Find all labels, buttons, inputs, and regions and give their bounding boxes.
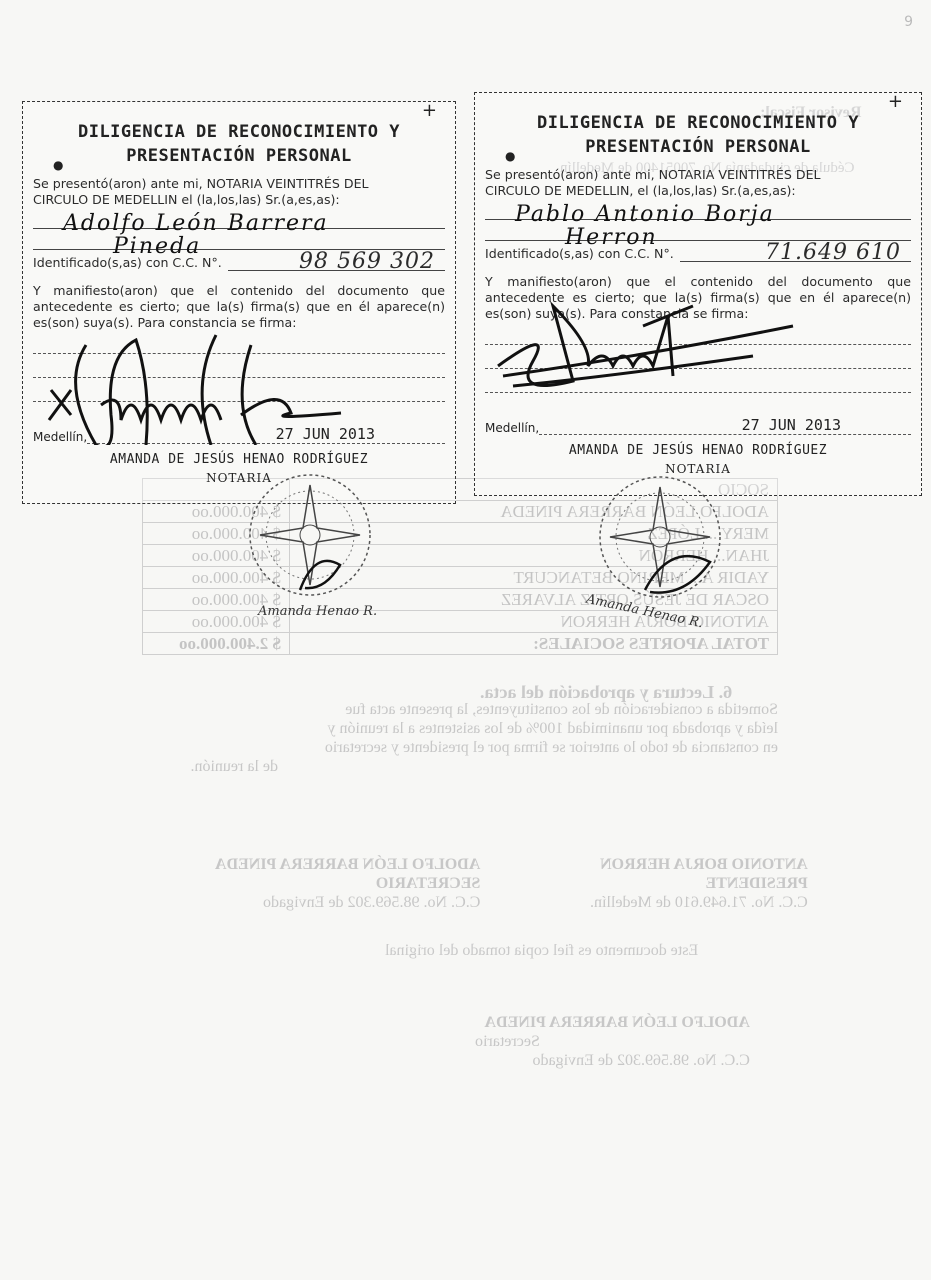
bleed-final-id: C.C. No. 98.569.302 de Envigado [475,1051,750,1070]
page-number-mark: 9 [904,14,913,30]
id-number: 71.649 610 [680,245,911,262]
bleed-secretary-name: ADOLFO LEÓN BARRERA PINEDA [215,855,480,874]
handwritten-name-2: Herron [565,230,658,246]
bleed-president-block: ANTONIO BORJA HERRON PRESIDENTE C.C. No.… [590,855,808,912]
signature-scribble-icon [493,286,813,416]
stamp-title: DILIGENCIA DE RECONOCIMIENTO Y PRESENTAC… [475,111,921,159]
notary-seal-icon [245,470,375,600]
name-line-1: Pablo Antonio Borja [485,199,911,220]
bleed-secretary-final: ADOLFO LEÓN BARRERA PINEDA Secretario C.… [475,1013,750,1070]
bullet-dot-icon: ● [53,158,63,172]
bleed-final-name: ADOLFO LEÓN BARRERA PINEDA [475,1013,750,1032]
bleed-total-label: TOTAL APORTES SOCIALES: [290,633,778,655]
plus-mark-icon: + [888,91,903,112]
signature-area [475,326,921,414]
notary-title: NOTARIA [23,471,455,485]
bleed-copy-note: Este documento es fiel copia tomado del … [385,942,698,960]
stamp-title-line2: PRESENTACIÓN PERSONAL [23,144,455,168]
plus-mark-icon: + [422,100,437,121]
bleed-body-line: leída y aprobada por unanimidad 100% de … [138,719,778,738]
signature-area [23,335,455,423]
name-line-2: Pineda [33,229,445,250]
bleed-secretary-title: SECRETARIO [215,874,480,893]
stamp-title-line1: DILIGENCIA DE RECONOCIMIENTO Y [23,120,455,144]
signature-scribble-icon [41,295,361,445]
bleed-total-value: $ 2.400.000.oo [143,633,290,655]
stamp-title-line1: DILIGENCIA DE RECONOCIMIENTO Y [475,111,921,135]
stamp-title: DILIGENCIA DE RECONOCIMIENTO Y PRESENTAC… [23,120,455,168]
bleed-president-title: PRESIDENTE [590,874,808,893]
bleed-president-name: ANTONIO BORJA HERRON [590,855,808,874]
name-line-2: Herron [485,220,911,241]
bleed-president-id: C.C. No. 71.649.610 de Medellín. [590,893,808,912]
stamp-title-line2: PRESENTACIÓN PERSONAL [475,135,921,159]
bleed-body-line: Sometida a consideración de los constitu… [138,700,778,719]
stamp-intro-line1: Se presentó(aron) ante mi, NOTARIA VEINT… [485,167,911,183]
bleed-body-line: de la reunión. [138,757,778,776]
notary-seal-icon [595,472,725,602]
bleed-section-body: Sometida a consideración de los constitu… [138,700,778,776]
notary-stamp-left: + ● DILIGENCIA DE RECONOCIMIENTO Y PRESE… [22,101,456,504]
bleed-secretary-id: C.C. No. 98.569.302 de Envigado [215,893,480,912]
name-line-1: Adolfo León Barrera [33,208,445,229]
bullet-dot-icon: ● [505,149,515,163]
bleed-secretary-block: ADOLFO LEÓN BARRERA PINEDA SECRETARIO C.… [215,855,480,912]
stamp-intro-line1: Se presentó(aron) ante mi, NOTARIA VEINT… [33,176,445,192]
date-stamp: 27 JUN 2013 [539,416,911,435]
handwritten-name-2: Pineda [113,239,201,255]
stamp-intro-line2: CIRCULO DE MEDELLIN, el (la,los,las) Sr.… [485,183,911,199]
notary-name: AMANDA DE JESÚS HENAO RODRÍGUEZ [23,452,455,467]
bleed-final-title: Secretario [475,1032,750,1051]
seal-caption: Amanda Henao R. [258,604,377,619]
notary-stamp-right: + ● DILIGENCIA DE RECONOCIMIENTO Y PRESE… [474,92,922,496]
stamp-intro-line2: CIRCULO DE MEDELLIN el (la,los,las) Sr.(… [33,192,445,208]
notary-name: AMANDA DE JESÚS HENAO RODRÍGUEZ [475,443,921,458]
id-number: 98 569 302 [228,254,445,271]
city-label: Medellín, [485,421,539,435]
bleed-body-line: en constancia de todo lo anterior se fir… [138,738,778,757]
